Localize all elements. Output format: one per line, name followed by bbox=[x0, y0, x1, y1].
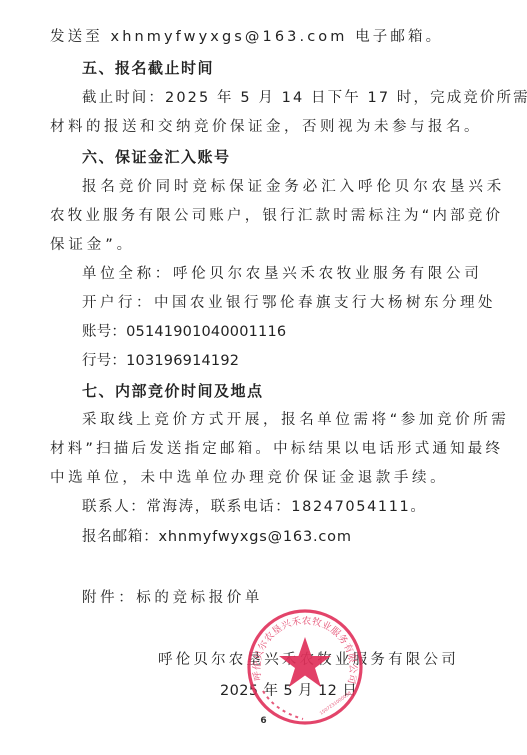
section-heading-7: 七、内部竞价时间及地点 bbox=[82, 381, 264, 401]
section-heading-5: 五、报名截止时间 bbox=[82, 58, 214, 78]
signature-date: 2025 年 5 月 12 日 bbox=[0, 681, 527, 701]
company-name-line: 单位全称：呼伦贝尔农垦兴禾农牧业服务有限公司 bbox=[82, 264, 482, 284]
body-line-5: 报名竞价同时竞标保证金务必汇入呼伦贝尔农垦兴禾 bbox=[82, 177, 505, 197]
bank-line: 开户行：中国农业银行鄂伦春旗支行大杨树东分理处 bbox=[82, 293, 496, 313]
body-line-3: 材料的报送和交纳竞价保证金，否则视为未参与报名。 bbox=[50, 117, 482, 137]
body-line-14: 材料”扫描后发送指定邮箱。中标结果以电话形式通知最终 bbox=[50, 439, 503, 459]
body-line-0: 发送至 xhnmyfwyxgs@163.com 电子邮箱。 bbox=[50, 27, 443, 47]
section-heading-6: 六、保证金汇入账号 bbox=[82, 147, 231, 167]
body-line-2: 截止时间：2025 年 5 月 14 日下午 17 时，完成竞价所需 bbox=[82, 88, 527, 108]
account-number-line: 账号：05141901040001116 bbox=[82, 322, 286, 342]
body-line-15: 中选单位，未中选单位办理竞价保证金退款手续。 bbox=[50, 468, 448, 488]
body-line-7: 保证金”。 bbox=[50, 235, 135, 255]
page-number: 6 bbox=[0, 716, 527, 726]
body-line-13: 采取线上竞价方式开展，报名单位需将“参加竞价所需 bbox=[82, 410, 509, 430]
body-line-6: 农牧业服务有限公司账户，银行汇款时需标注为“内部竞价 bbox=[50, 206, 503, 226]
signature-company: 呼伦贝尔农垦兴禾农牧业服务有限公司 bbox=[0, 650, 527, 670]
attachment-line: 附件：标的竞标报价单 bbox=[82, 588, 263, 608]
bank-code-line: 行号：103196914192 bbox=[82, 351, 239, 371]
contact-line: 联系人：常海涛，联系电话：18247054111。 bbox=[82, 497, 426, 517]
signup-email-line: 报名邮箱：xhnmyfwyxgs@163.com bbox=[82, 527, 352, 547]
